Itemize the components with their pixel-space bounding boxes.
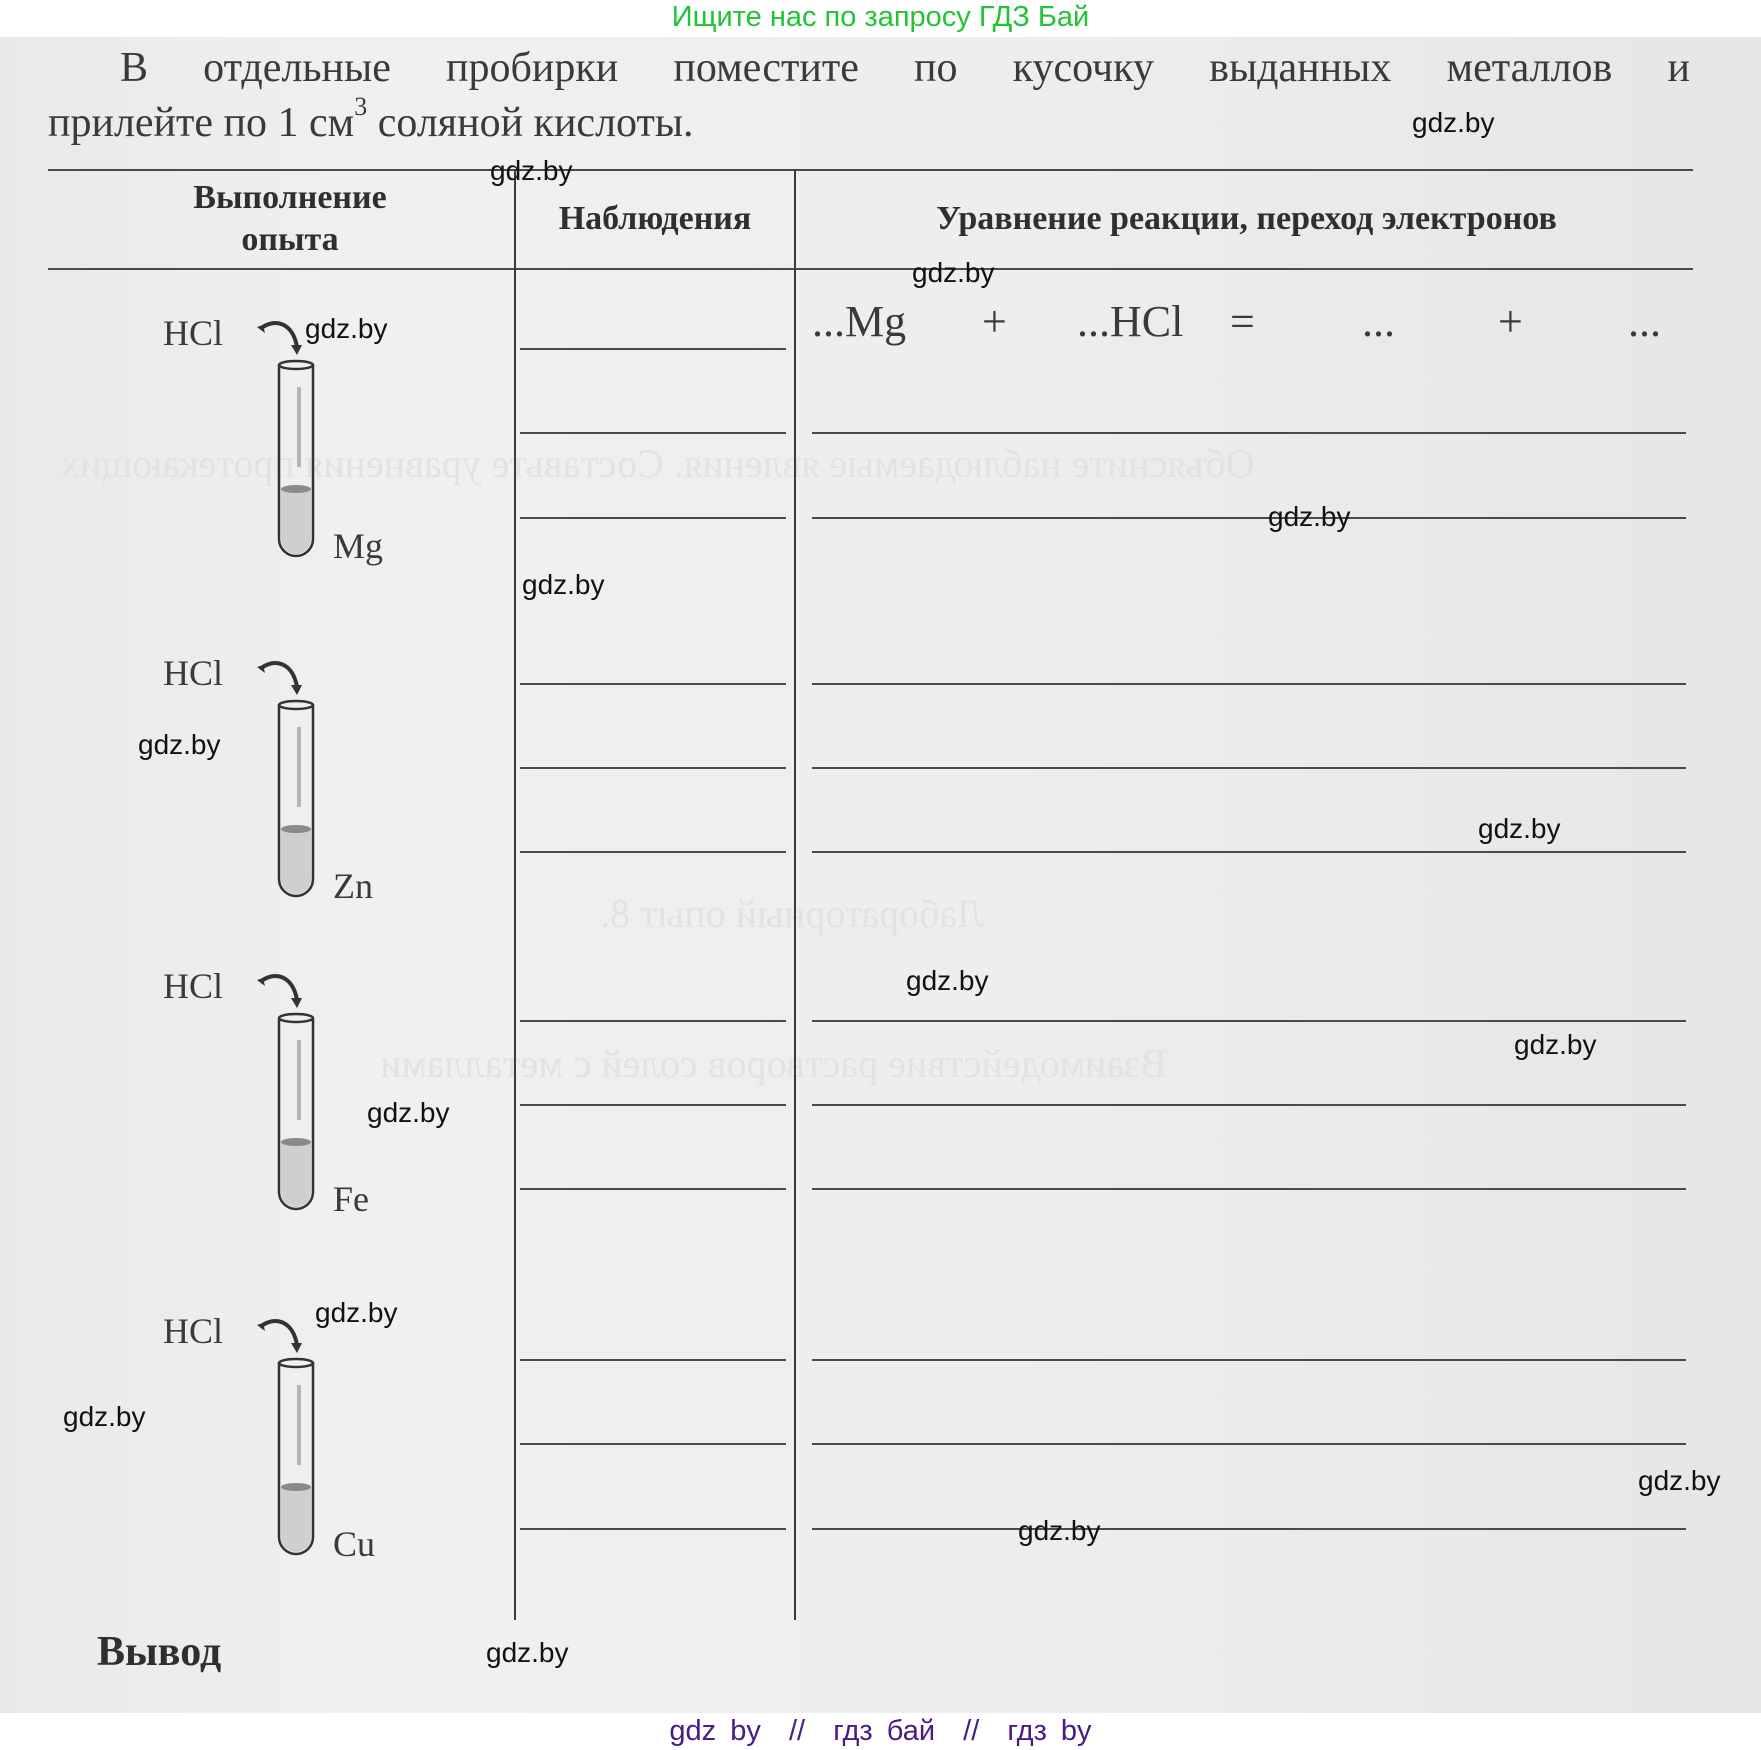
table-header-rule: [48, 268, 1693, 270]
equation-line: [812, 683, 1686, 685]
watermark: gdz.by: [63, 1402, 146, 1432]
intro-line-1: В отдельные пробирки поместите по кусочк…: [120, 44, 1690, 92]
intro-line-2: прилейте по 1 см3 соляной кислоты.: [48, 98, 694, 147]
equation-product-1: ...: [1362, 296, 1395, 347]
equation-line: [812, 851, 1686, 853]
reagent-label: HCl: [163, 312, 223, 354]
equation-product-2: ...: [1628, 296, 1661, 347]
metal-label: Zn: [333, 865, 373, 907]
equation-line: [812, 1188, 1686, 1190]
watermark: gdz.by: [1638, 1466, 1721, 1496]
test-tube-icon: [245, 317, 335, 567]
test-tube-icon: [245, 1315, 335, 1565]
equation-reactant-mg: ...Mg: [812, 296, 906, 347]
watermark: gdz.by: [486, 1638, 569, 1668]
header-experiment-line1: Выполнение: [120, 177, 460, 219]
watermark: gdz.by: [1514, 1030, 1597, 1060]
reagent-label: HCl: [163, 1310, 223, 1352]
test-tube-icon: [245, 657, 335, 907]
equation-reactant-hcl: ...HCl: [1077, 296, 1183, 347]
intro-text: соляной кислоты.: [367, 100, 693, 146]
watermark: gdz.by: [315, 1298, 398, 1328]
watermark: gdz.by: [1268, 502, 1351, 532]
show-through-text: Объясните наблюдаемые явления. Составьте…: [60, 440, 1255, 487]
header-experiment-line2: опыта: [120, 219, 460, 261]
observation-line: [520, 517, 786, 519]
watermark: gdz.by: [490, 156, 573, 186]
show-through-text: Лабораторный опыт 8.: [600, 890, 984, 937]
equation-line: [812, 432, 1686, 434]
equation-line: [812, 767, 1686, 769]
equation-plus-1: +: [982, 296, 1007, 347]
observation-line: [520, 432, 786, 434]
conclusion-label: Вывод: [97, 1628, 221, 1676]
observation-line: [520, 348, 786, 350]
observation-line: [520, 851, 786, 853]
observation-line: [520, 767, 786, 769]
equation-equals: =: [1230, 296, 1255, 347]
equation-plus-2: +: [1498, 296, 1523, 347]
equation-line: [812, 1020, 1686, 1022]
bottom-banner-text: gdz by // гдз бай // гдз by: [669, 1715, 1091, 1747]
watermark: gdz.by: [1018, 1516, 1101, 1546]
metal-label: Cu: [333, 1523, 375, 1565]
show-through-text: Взаимодействие растворов солей с металла…: [380, 1040, 1167, 1087]
top-banner: Ищите нас по запросу ГДЗ Бай: [0, 0, 1761, 37]
observation-line: [520, 1443, 786, 1445]
observation-line: [520, 1104, 786, 1106]
bottom-banner: gdz by // гдз бай // гдз by: [0, 1713, 1761, 1750]
equation-line: [812, 1104, 1686, 1106]
column-divider-2: [794, 169, 796, 1620]
observation-line: [520, 1359, 786, 1361]
top-banner-text: Ищите нас по запросу ГДЗ Бай: [672, 1, 1089, 33]
header-observations: Наблюдения: [520, 198, 790, 240]
equation-line: [812, 517, 1686, 519]
reagent-label: HCl: [163, 652, 223, 694]
header-experiment: Выполнение опыта: [120, 177, 460, 261]
observation-line: [520, 1188, 786, 1190]
column-divider-1: [514, 169, 516, 1620]
watermark: gdz.by: [1478, 814, 1561, 844]
reagent-label: HCl: [163, 965, 223, 1007]
intro-text: прилейте по 1 см: [48, 100, 354, 146]
watermark: gdz.by: [906, 966, 989, 996]
equation-line: [812, 1528, 1686, 1530]
watermark: gdz.by: [1412, 108, 1495, 138]
equation-line: [812, 1359, 1686, 1361]
watermark: gdz.by: [305, 314, 388, 344]
test-tube-icon: [245, 970, 335, 1220]
watermark: gdz.by: [522, 570, 605, 600]
header-equation: Уравнение реакции, переход электронов: [800, 198, 1693, 240]
table-top-rule: [48, 169, 1693, 171]
watermark: gdz.by: [138, 730, 221, 760]
metal-label: Fe: [333, 1178, 369, 1220]
superscript: 3: [354, 92, 367, 121]
observation-line: [520, 1020, 786, 1022]
metal-label: Mg: [333, 525, 383, 567]
equation-line: [812, 1443, 1686, 1445]
observation-line: [520, 683, 786, 685]
watermark: gdz.by: [367, 1098, 450, 1128]
watermark: gdz.by: [912, 258, 995, 288]
observation-line: [520, 1528, 786, 1530]
